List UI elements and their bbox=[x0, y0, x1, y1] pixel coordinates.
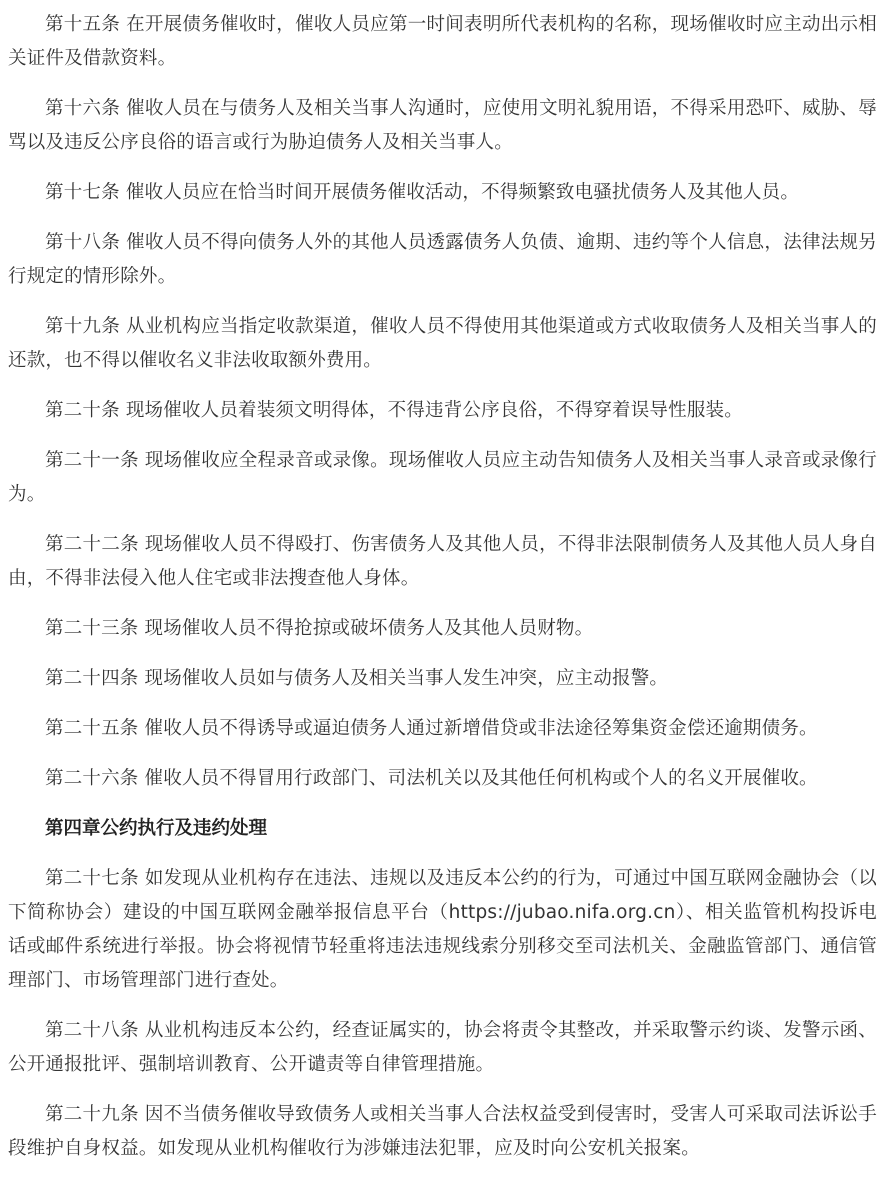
article-label: 第二十六条 bbox=[45, 768, 139, 789]
article-28: 第二十八条从业机构违反本公约，经查证属实的，协会将责令其整改，并采取警示约谈、发… bbox=[8, 1014, 877, 1082]
article-label: 第十七条 bbox=[45, 182, 120, 203]
article-label: 第十八条 bbox=[45, 232, 120, 253]
article-text: 催收人员不得向债务人外的其他人员透露债务人负债、逾期、违约等个人信息，法律法规另… bbox=[8, 232, 877, 287]
article-18: 第十八条催收人员不得向债务人外的其他人员透露债务人负债、逾期、违约等个人信息，法… bbox=[8, 226, 877, 294]
article-text: 现场催收人员不得抢掠或破坏债务人及其他人员财物。 bbox=[145, 618, 594, 639]
article-17: 第十七条催收人员应在恰当时间开展债务催收活动，不得频繁致电骚扰债务人及其他人员。 bbox=[8, 176, 877, 210]
article-label: 第二十三条 bbox=[45, 618, 139, 639]
article-19: 第十九条从业机构应当指定收款渠道，催收人员不得使用其他渠道或方式收取债务人及相关… bbox=[8, 310, 877, 378]
article-label: 第十六条 bbox=[45, 98, 120, 119]
article-label: 第二十一条 bbox=[45, 450, 139, 471]
article-text: 催收人员不得冒用行政部门、司法机关以及其他任何机构或个人的名义开展催收。 bbox=[145, 768, 818, 789]
chapter-heading: 第四章公约执行及违约处理 bbox=[8, 812, 877, 846]
article-text: 现场催收人员如与债务人及相关当事人发生冲突，应主动报警。 bbox=[145, 668, 669, 689]
article-22: 第二十二条现场催收人员不得殴打、伤害债务人及其他人员，不得非法限制债务人及其他人… bbox=[8, 528, 877, 596]
article-20: 第二十条现场催收人员着装须文明得体，不得违背公序良俗，不得穿着误导性服装。 bbox=[8, 394, 877, 428]
article-label: 第十五条 bbox=[45, 14, 120, 35]
article-text: 在开展债务催收时，催收人员应第一时间表明所代表机构的名称，现场催收时应主动出示相… bbox=[8, 14, 877, 69]
article-15: 第十五条在开展债务催收时，催收人员应第一时间表明所代表机构的名称，现场催收时应主… bbox=[8, 8, 877, 76]
article-21: 第二十一条现场催收应全程录音或录像。现场催收人员应主动告知债务人及相关当事人录音… bbox=[8, 444, 877, 512]
article-text: 从业机构应当指定收款渠道，催收人员不得使用其他渠道或方式收取债务人及相关当事人的… bbox=[8, 316, 877, 371]
article-label: 第二十条 bbox=[45, 400, 120, 421]
article-24: 第二十四条现场催收人员如与债务人及相关当事人发生冲突，应主动报警。 bbox=[8, 662, 877, 696]
article-label: 第二十七条 bbox=[45, 868, 139, 889]
article-16: 第十六条催收人员在与债务人及相关当事人沟通时，应使用文明礼貌用语，不得采用恐吓、… bbox=[8, 92, 877, 160]
article-text: 现场催收人员着装须文明得体，不得违背公序良俗，不得穿着误导性服装。 bbox=[126, 400, 743, 421]
article-label: 第十九条 bbox=[45, 316, 120, 337]
article-27: 第二十七条如发现从业机构存在违法、违规以及违反本公约的行为，可通过中国互联网金融… bbox=[8, 862, 877, 998]
article-label: 第二十二条 bbox=[45, 534, 139, 555]
article-label: 第二十五条 bbox=[45, 718, 139, 739]
article-text: 催收人员在与债务人及相关当事人沟通时，应使用文明礼貌用语，不得采用恐吓、威胁、辱… bbox=[8, 98, 877, 153]
article-label: 第二十八条 bbox=[45, 1020, 139, 1041]
article-26: 第二十六条催收人员不得冒用行政部门、司法机关以及其他任何机构或个人的名义开展催收… bbox=[8, 762, 877, 796]
document-body: 第十五条在开展债务催收时，催收人员应第一时间表明所代表机构的名称，现场催收时应主… bbox=[0, 0, 883, 1166]
article-25: 第二十五条催收人员不得诱导或逼迫债务人通过新增借贷或非法途径筹集资金偿还逾期债务… bbox=[8, 712, 877, 746]
article-label: 第二十九条 bbox=[45, 1104, 139, 1125]
article-29: 第二十九条因不当债务催收导致债务人或相关当事人合法权益受到侵害时，受害人可采取司… bbox=[8, 1098, 877, 1166]
article-23: 第二十三条现场催收人员不得抢掠或破坏债务人及其他人员财物。 bbox=[8, 612, 877, 646]
article-text: 催收人员不得诱导或逼迫债务人通过新增借贷或非法途径筹集资金偿还逾期债务。 bbox=[145, 718, 818, 739]
article-label: 第二十四条 bbox=[45, 668, 139, 689]
article-text: 催收人员应在恰当时间开展债务催收活动，不得频繁致电骚扰债务人及其他人员。 bbox=[126, 182, 799, 203]
